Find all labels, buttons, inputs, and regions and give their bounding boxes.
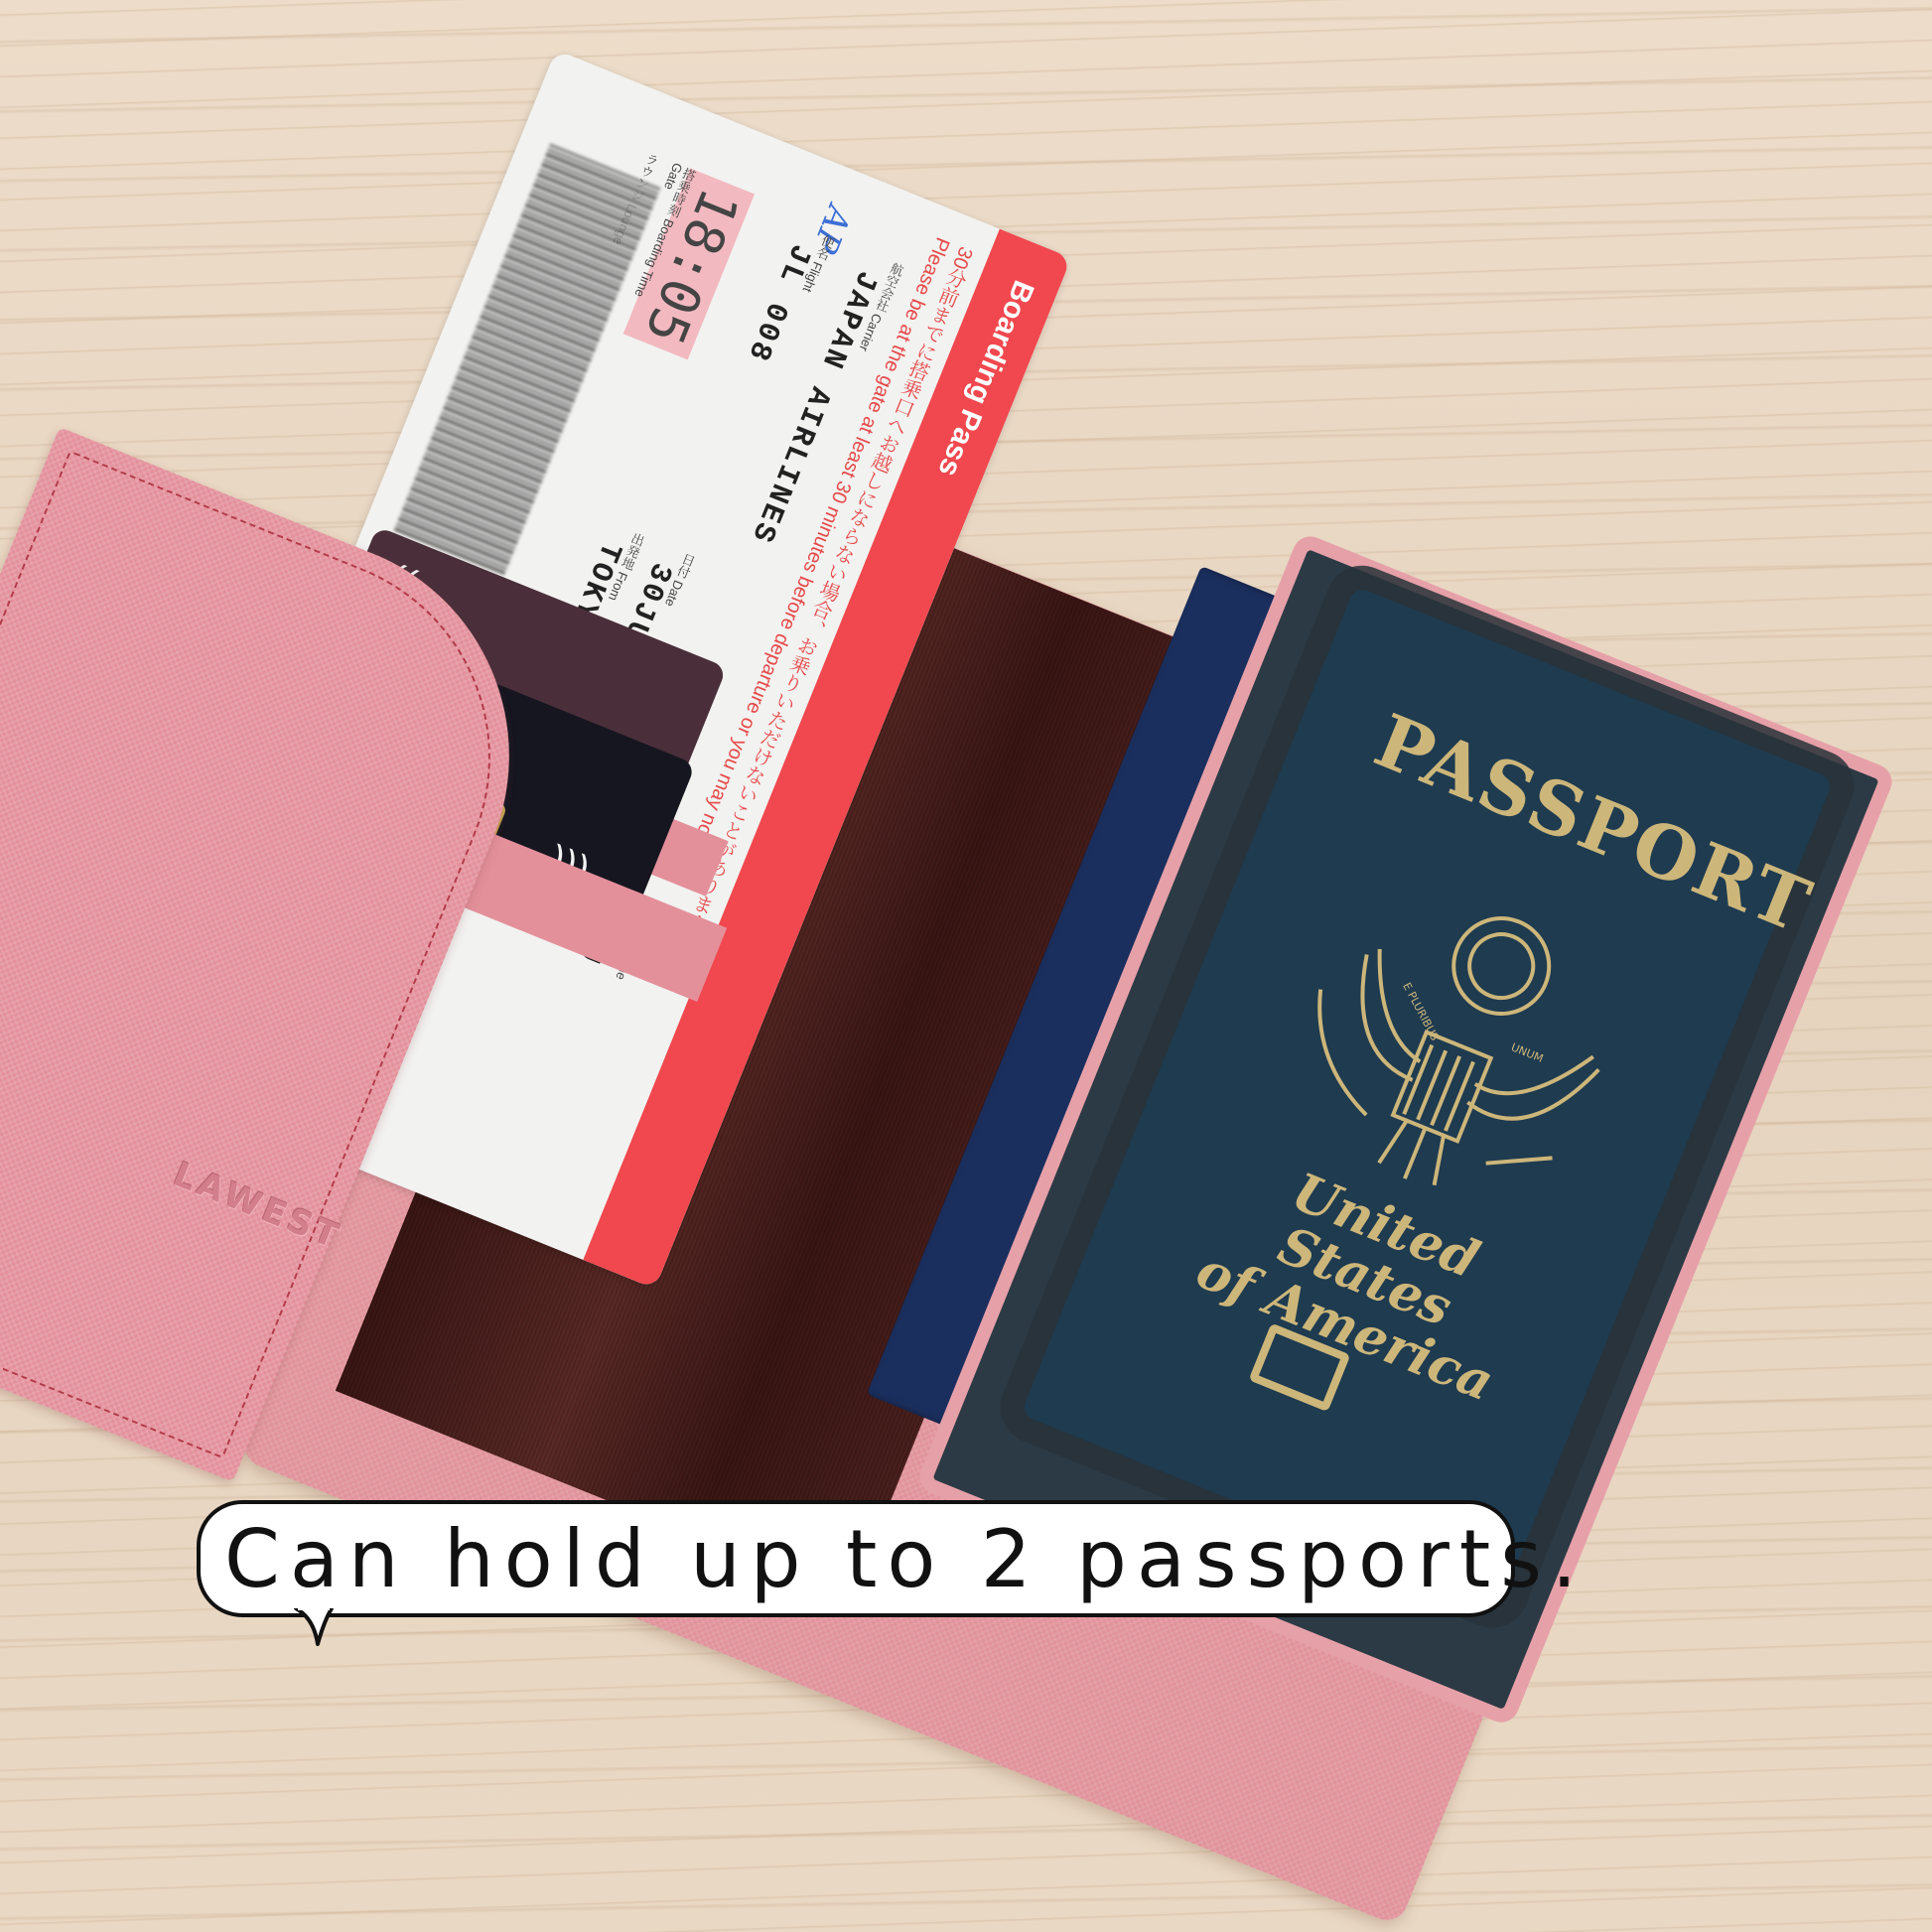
caption-text: Can hold up to 2 passports. (224, 1513, 1587, 1605)
redacted-barcode (394, 144, 661, 575)
caption-bubble: Can hold up to 2 passports. (197, 1500, 1515, 1617)
flight-value: JL 008 (739, 239, 817, 368)
bubble-tail-icon (294, 1608, 334, 1648)
svg-text:E PLURIBUS: E PLURIBUS (1400, 981, 1442, 1043)
svg-text:UNUM: UNUM (1509, 1040, 1545, 1065)
